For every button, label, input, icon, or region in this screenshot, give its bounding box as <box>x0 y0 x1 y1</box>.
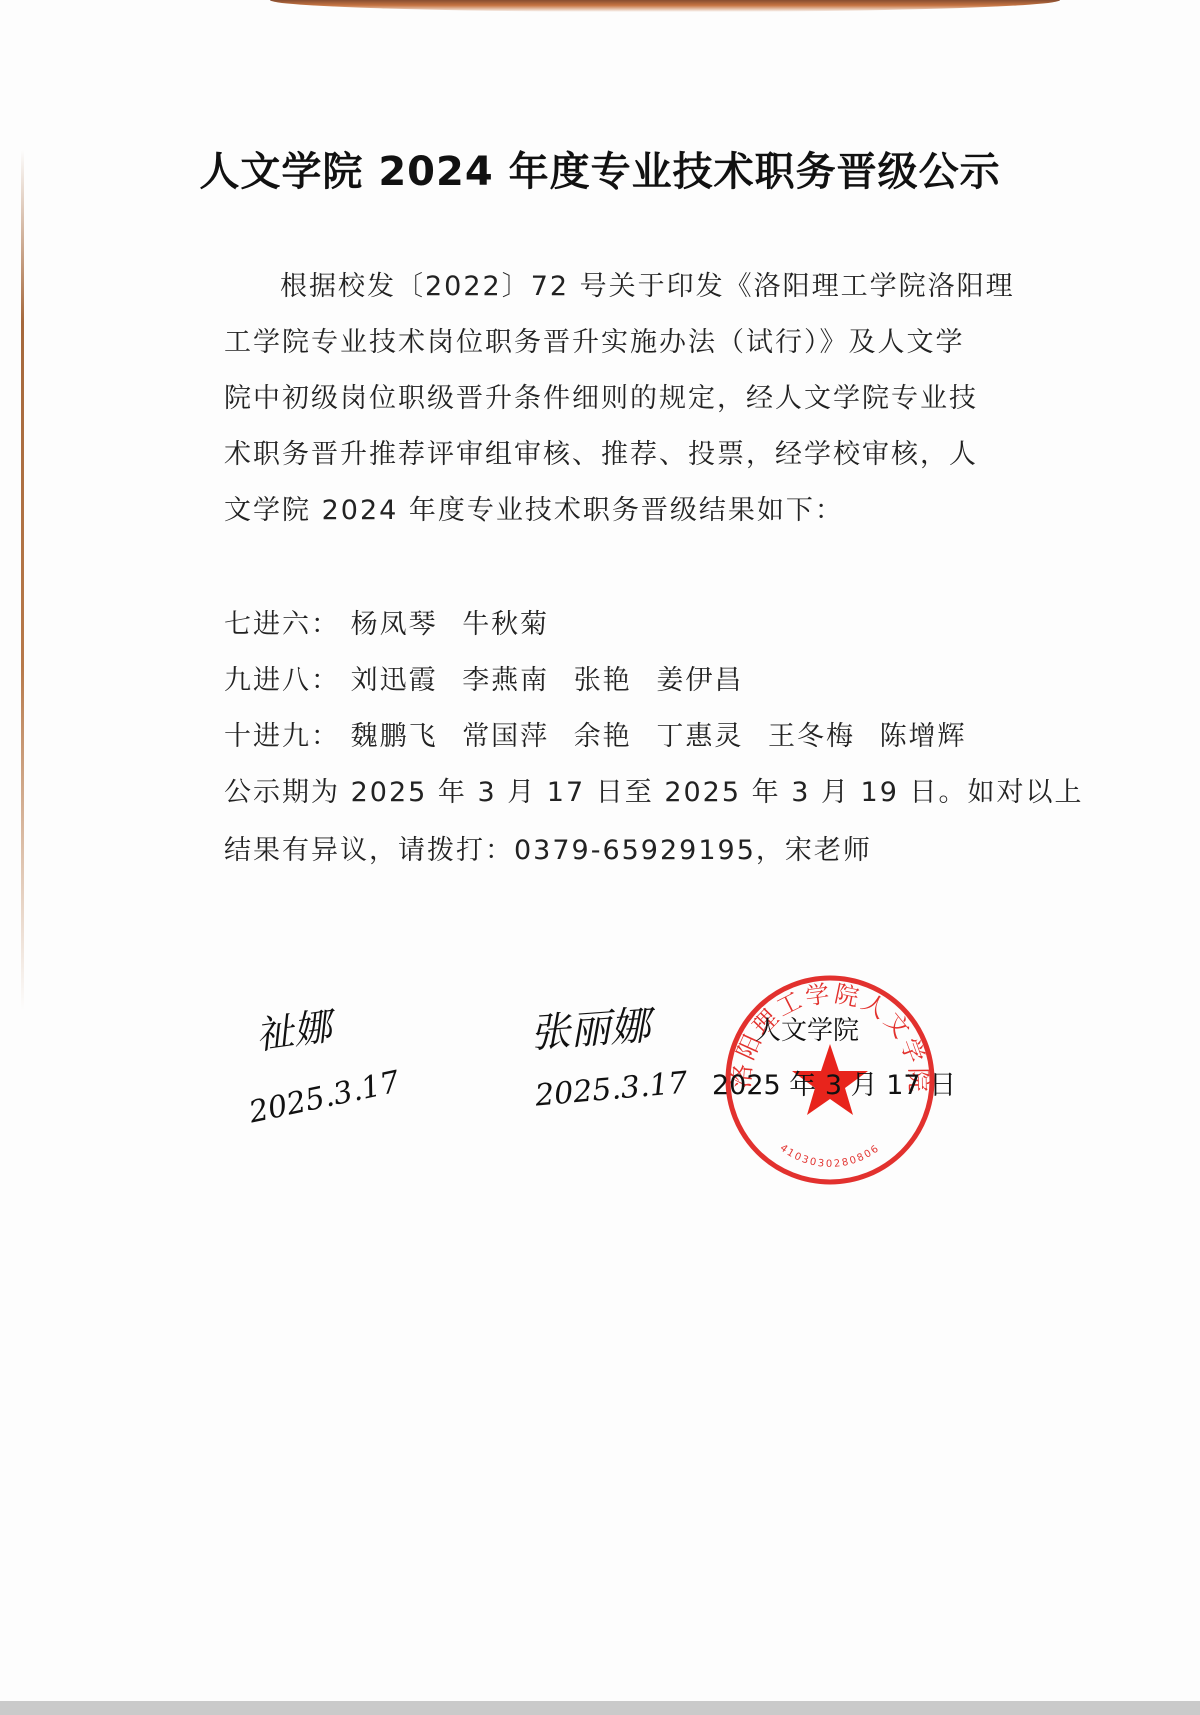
notice-line-2: 结果有异议，请拨打：0379-65929195，宋老师 <box>224 828 872 867</box>
seal-date: 2025 年 3 月 17 日 <box>712 1063 956 1102</box>
person-name: 王冬梅 <box>768 721 855 752</box>
bottom-edge-bar <box>0 1701 1200 1715</box>
page-top-shadow <box>270 0 1060 12</box>
signature-2-name: 张丽娜 <box>528 994 652 1059</box>
person-name: 刘迅霞 <box>351 665 438 696</box>
person-name: 常国萍 <box>462 721 549 752</box>
seal-org-label: 人文学院 <box>755 1010 859 1047</box>
person-name: 余艳 <box>574 721 632 752</box>
body-line-3: 院中初级岗位职级晋升条件细则的规定，经人文学院专业技 <box>224 376 1054 415</box>
person-name: 杨凤琴 <box>351 609 438 640</box>
body-line-2: 工学院专业技术岗位职务晋升实施办法（试行）》及人文学 <box>224 320 1054 359</box>
promotion-label: 十进九： <box>224 721 340 752</box>
promotion-row-10-to-9: 十进九： 魏鹏飞 常国萍 余艳 丁惠灵 王冬梅 陈增辉 <box>224 714 981 753</box>
promotion-row-9-to-8: 九进八： 刘迅霞 李燕南 张艳 姜伊昌 <box>224 658 757 697</box>
person-name: 牛秋菊 <box>462 609 549 640</box>
body-line-1: 根据校发〔2022〕72 号关于印发《洛阳理工学院洛阳理 <box>224 264 1054 303</box>
promotion-label: 七进六： <box>224 609 340 640</box>
person-name: 陈增辉 <box>880 721 967 752</box>
page-left-shadow <box>21 150 24 1010</box>
signature-1-name: 祉娜 <box>252 995 335 1060</box>
promotion-row-7-to-6: 七进六： 杨凤琴 牛秋菊 <box>224 602 563 641</box>
signature-1-date: 2025.3.17 <box>246 1065 403 1131</box>
person-name: 丁惠灵 <box>656 721 743 752</box>
document-title: 人文学院 2024 年度专业技术职务晋级公示 <box>0 140 1200 197</box>
person-name: 魏鹏飞 <box>351 721 438 752</box>
body-line-5: 文学院 2024 年度专业技术职务晋级结果如下： <box>224 488 1054 527</box>
promotion-label: 九进八： <box>224 665 340 696</box>
person-name: 姜伊昌 <box>656 665 743 696</box>
notice-line-1: 公示期为 2025 年 3 月 17 日至 2025 年 3 月 19 日。如对… <box>224 770 1084 809</box>
person-name: 张艳 <box>574 665 632 696</box>
svg-text:4103030280806: 4103030280806 <box>778 1143 882 1170</box>
body-line-4: 术职务晋升推荐评审组审核、推荐、投票，经学校审核，人 <box>224 432 1054 471</box>
person-name: 李燕南 <box>462 665 549 696</box>
signature-2-date: 2025.3.17 <box>534 1065 689 1113</box>
